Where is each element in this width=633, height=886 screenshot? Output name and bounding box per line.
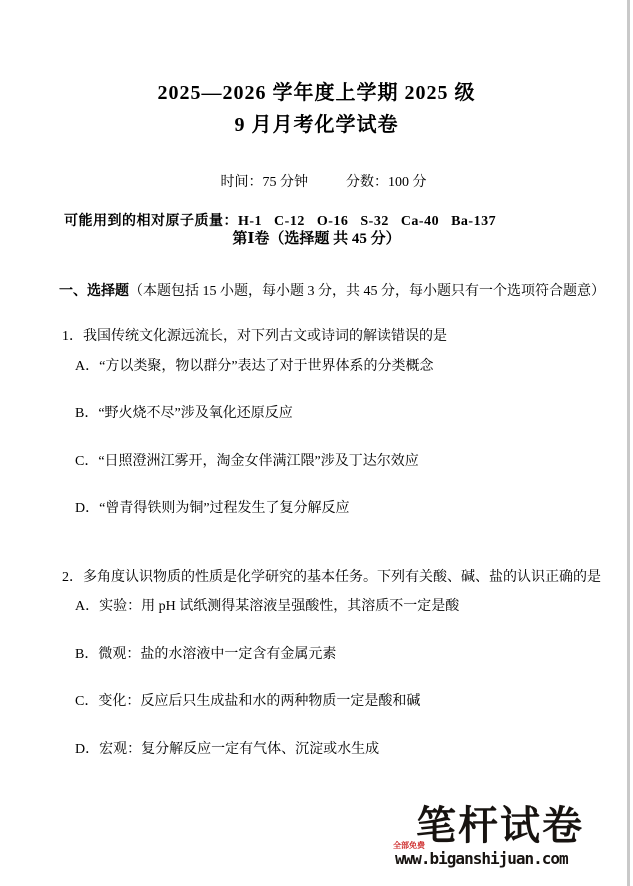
- watermark-brand: 笔杆试卷: [416, 804, 584, 848]
- question-1-text: 我国传统文化源远流长，对下列古文或诗词的解读错误的是: [83, 329, 447, 344]
- question-2-option-a: A．实验：用 pH 试纸测得某溶液呈强酸性，其溶质不一定是酸: [75, 598, 459, 616]
- question-1-option-a: A．“方以类聚，物以群分”表达了对于世界体系的分类概念: [75, 358, 434, 376]
- atomic-mass-values: H-1 C-12 O-16 S-32 Ca-40 Ba-137: [238, 214, 496, 229]
- question-1-option-c: C．“日照澄洲江雾开，淘金女伴满江隈”涉及丁达尔效应: [75, 453, 419, 471]
- question-1-option-d: D．“曾青得铁则为铜”过程发生了复分解反应: [75, 500, 350, 518]
- exam-title-line1: 2025—2026 学年度上学期 2025 级: [0, 80, 633, 106]
- section-1-title: 一、选择题: [59, 284, 129, 299]
- question-2-option-b: B．微观：盐的水溶液中一定含有金属元素: [75, 646, 336, 664]
- question-2-text: 多角度认识物质的性质是化学研究的基本任务。下列有关酸、碱、盐的认识正确的是: [83, 570, 601, 585]
- time-allowed: 时间：75 分钟: [221, 175, 309, 190]
- question-2-number: 2．: [62, 570, 83, 585]
- section-1-header: 第Ⅰ卷（选择题 共 45 分）: [0, 230, 633, 250]
- total-score: 分数：100 分: [346, 175, 427, 190]
- section-1-note: （本题包括 15 小题，每小题 3 分，共 45 分，每小题只有一个选项符合题意…: [129, 284, 605, 299]
- atomic-mass-intro: 可能用到的相对原子质量：: [64, 214, 238, 229]
- watermark-url: www.biganshijuan.com: [395, 849, 568, 868]
- question-1-number: 1．: [62, 329, 83, 344]
- question-2-option-c: C．变化：反应后只生成盐和水的两种物质一定是酸和碱: [75, 693, 420, 711]
- question-2-option-d: D．宏观：复分解反应一定有气体、沉淀或水生成: [75, 741, 379, 759]
- exam-title-line2: 9 月月考化学试卷: [0, 112, 633, 138]
- exam-paper-page: 2025—2026 学年度上学期 2025 级 9 月月考化学试卷 时间：75 …: [0, 0, 633, 886]
- page-edge-divider: [627, 0, 630, 886]
- question-1-option-b: B．“野火烧不尽”涉及氧化还原反应: [75, 405, 293, 423]
- question-1-stem: 1．我国传统文化源远流长，对下列古文或诗词的解读错误的是: [48, 310, 447, 365]
